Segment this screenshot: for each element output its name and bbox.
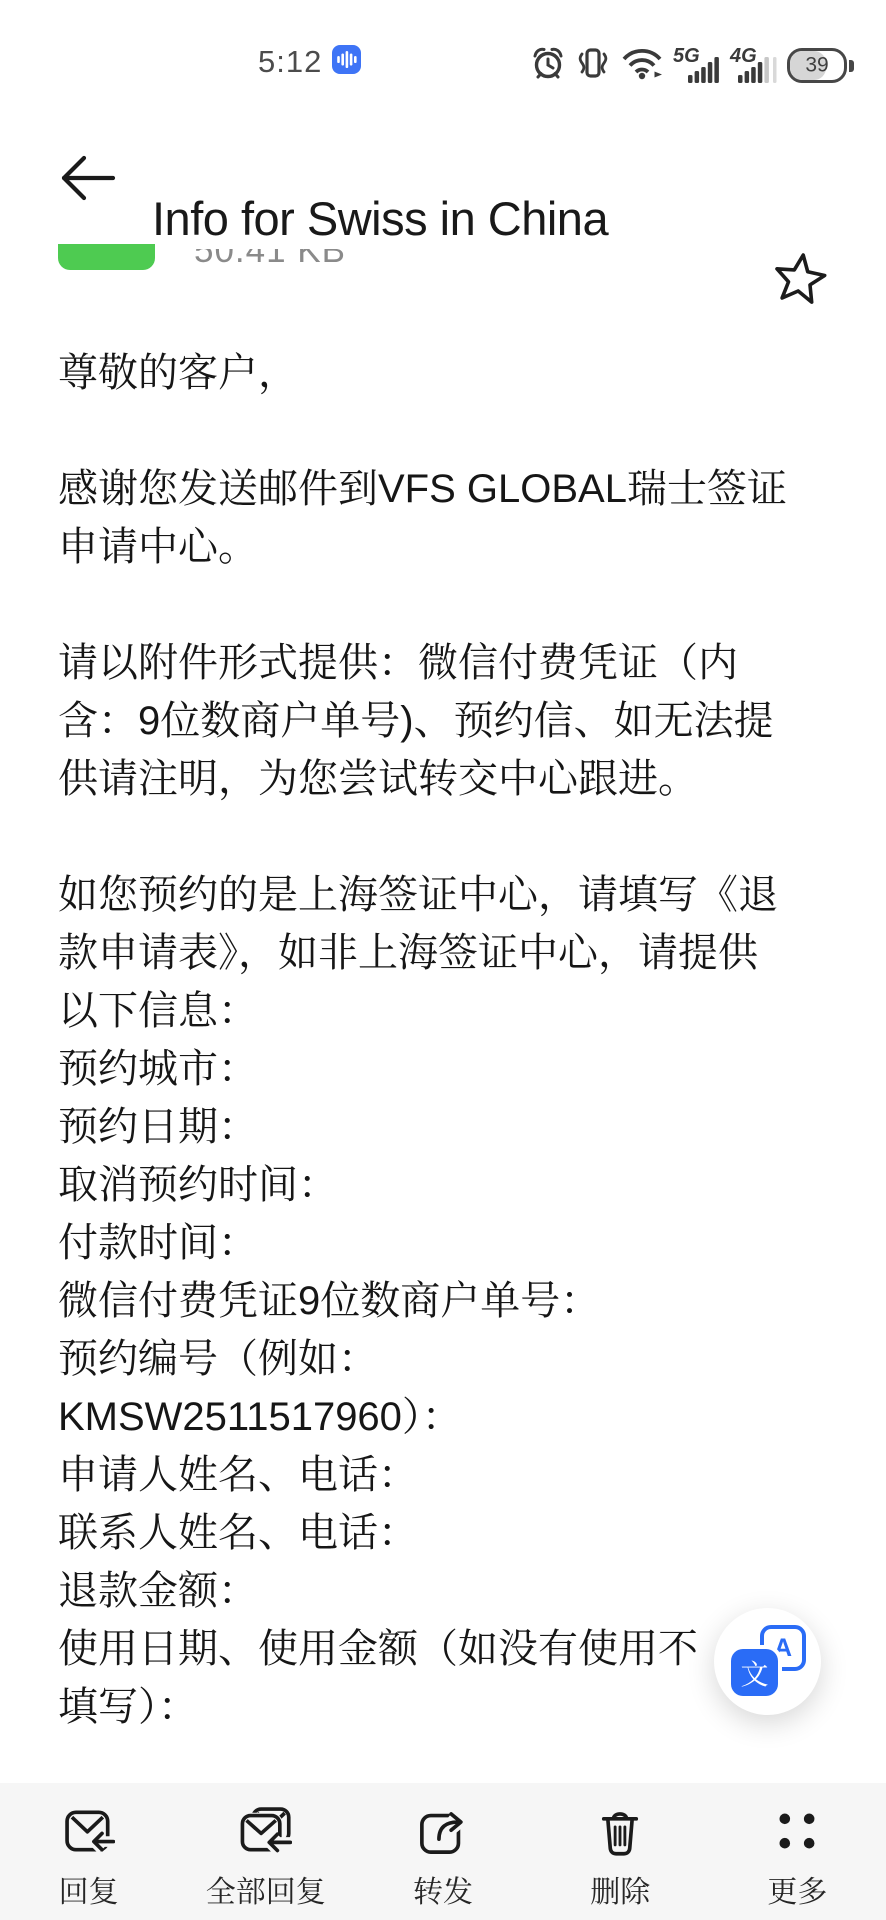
signal-5g: 5G: [673, 47, 720, 85]
body-line: 请以附件形式提供：微信付费凭证（内: [58, 634, 886, 692]
body-line: 如您预约的是上海签证中心，请填写《退: [58, 866, 886, 924]
toolbar-delete-label: 删除: [590, 1867, 650, 1911]
toolbar-forward-label: 转发: [413, 1867, 473, 1911]
toolbar-reply-label: 回复: [59, 1867, 119, 1911]
email-body: 尊敬的客户， 感谢您发送邮件到VFS GLOBAL瑞士签证 申请中心。 请以附件…: [0, 344, 886, 1736]
toolbar-reply-button[interactable]: 回复: [0, 1783, 177, 1920]
reply-all-icon: [240, 1805, 292, 1857]
email-header: Info for Swiss in China: [0, 96, 886, 242]
body-line: 感谢您发送邮件到VFS GLOBAL瑞士签证: [58, 460, 886, 518]
body-line: [58, 576, 886, 634]
translate-wen-icon: 文: [731, 1649, 778, 1696]
battery-percent: 39: [790, 53, 844, 77]
toolbar-forward-button[interactable]: 转发: [354, 1783, 531, 1920]
email-detail-screen: 5:12: [0, 0, 886, 1920]
body-line: [58, 402, 886, 460]
toolbar-reply-all-label: 全部回复: [206, 1867, 326, 1911]
body-line: 取消预约时间：: [58, 1156, 886, 1214]
body-line: 含：9位数商户单号)、预约信、如无法提: [58, 692, 886, 750]
attachment-row-partial[interactable]: 50.41 KB: [0, 242, 886, 272]
toolbar-more-label: 更多: [767, 1867, 827, 1911]
hd-voice-icon: [332, 45, 361, 79]
back-button[interactable]: [58, 154, 116, 202]
body-line: 供请注明，为您尝试转交中心跟进。: [58, 750, 886, 808]
signal-5g-bars-icon: [688, 57, 720, 83]
body-line: 付款时间：: [58, 1214, 886, 1272]
body-line: 以下信息：: [58, 982, 886, 1040]
signal-4g-bars-icon: [738, 57, 777, 83]
translate-fab[interactable]: A 文: [714, 1608, 821, 1715]
body-line: 联系人姓名、电话：: [58, 1504, 886, 1562]
body-line: 预约编号（例如：: [58, 1330, 886, 1388]
toolbar-reply-all-button[interactable]: 全部回复: [177, 1783, 354, 1920]
body-line: 预约城市：: [58, 1040, 886, 1098]
status-bar-left: 5:12: [258, 44, 361, 80]
battery-indicator: 39: [787, 48, 854, 83]
email-subject-title: Info for Swiss in China: [152, 191, 608, 246]
attachment-size-label: 50.41 KB: [194, 249, 346, 270]
toolbar-delete-button[interactable]: 删除: [532, 1783, 709, 1920]
battery-nub: [849, 60, 854, 72]
bottom-toolbar: 回复 全部回复 转发: [0, 1783, 886, 1920]
status-bar: 5:12: [0, 0, 886, 96]
forward-icon: [417, 1805, 469, 1857]
more-icon: [771, 1805, 823, 1857]
body-line: 申请中心。: [58, 518, 886, 576]
battery-body: 39: [787, 48, 847, 83]
body-line: 款申请表》，如非上海签证中心，请提供: [58, 924, 886, 982]
vibrate-icon: [575, 46, 611, 85]
wifi-icon: [621, 46, 663, 85]
status-time: 5:12: [258, 44, 322, 80]
body-line: 微信付费凭证9位数商户单号：: [58, 1272, 886, 1330]
body-line: KMSW2511517960）：: [58, 1388, 886, 1446]
signal-4g: 4G: [730, 47, 777, 85]
status-bar-right: 5G 4G: [531, 46, 854, 85]
back-arrow-icon: [58, 154, 116, 202]
delete-icon: [594, 1805, 646, 1857]
toolbar-more-button[interactable]: 更多: [709, 1783, 886, 1920]
reply-icon: [63, 1805, 115, 1857]
body-line: 尊敬的客户，: [58, 344, 886, 402]
body-line: [58, 808, 886, 866]
attachment-thumbnail: [58, 244, 155, 270]
body-line: 申请人姓名、电话：: [58, 1446, 886, 1504]
body-line: 预约日期：: [58, 1098, 886, 1156]
alarm-icon: [531, 46, 565, 85]
